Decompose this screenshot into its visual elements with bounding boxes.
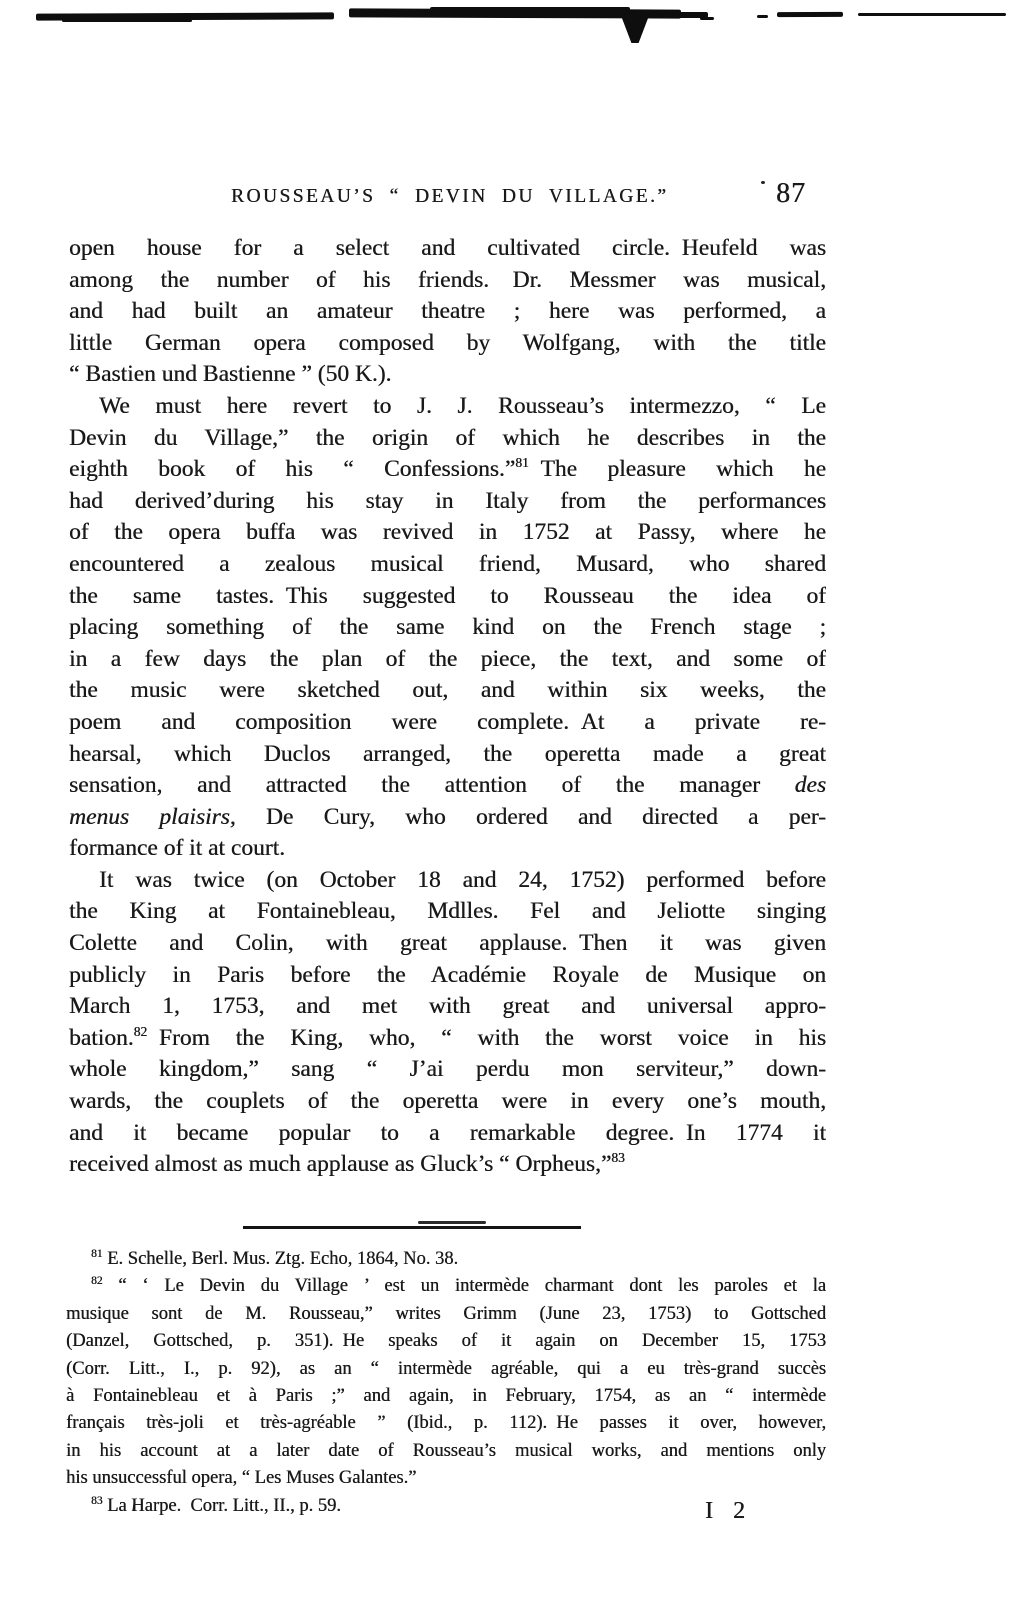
text-line: the King at Fontainebleau, Mdlles. Fel a… xyxy=(69,896,826,928)
text-line: It was twice (on October 18 and 24, 1752… xyxy=(69,865,826,897)
text-segment: eighth book of his “ Confessions.” xyxy=(69,456,515,482)
text-segment: De Cury, who ordered and directed a per- xyxy=(236,804,826,830)
text-line: eighth book of his “ Confessions.”81 The… xyxy=(69,454,826,486)
text-line: and it became popular to a remarkable de… xyxy=(69,1118,826,1150)
text-line: whole kingdom,” sang “ J’ai perdu mon se… xyxy=(69,1054,826,1086)
text-line: placing something of the same kind on th… xyxy=(69,612,826,644)
footnote-marker: 83 xyxy=(611,1150,625,1165)
footnote-marker: 81 xyxy=(515,455,529,470)
text-segment: received almost as much applause as Gluc… xyxy=(69,1151,611,1177)
footnote-line: (Corr. Litt., I., p. 92), as an “ interm… xyxy=(66,1356,826,1383)
footnote-marker: 82 xyxy=(91,1275,103,1287)
text-line: had derived’during his stay in Italy fro… xyxy=(69,486,826,518)
text-line: encountered a zealous musical friend, Mu… xyxy=(69,549,826,581)
text-line: menus plaisirs, De Cury, who ordered and… xyxy=(69,802,826,834)
text-line: the same tastes. This suggested to Rouss… xyxy=(69,581,826,613)
footnote-separator-rule xyxy=(243,1226,581,1229)
running-header-title: ROUSSEAU’S “ DEVIN DU VILLAGE.” xyxy=(231,186,668,208)
italic-text: menus plaisirs, xyxy=(69,804,236,830)
text-segment: “ ‘ Le Devin du Village ’ est un intermè… xyxy=(103,1276,827,1296)
text-segment: From the King, who, “ with the worst voi… xyxy=(147,1025,826,1051)
text-segment: bation. xyxy=(69,1025,134,1051)
text-line: in a few days the plan of the piece, the… xyxy=(69,644,826,676)
text-line: Colette and Colin, with great applause. … xyxy=(69,928,826,960)
paragraph: We must here revert to J. J. Rousseau’s … xyxy=(69,391,826,865)
signature-mark: I 2 xyxy=(705,1498,746,1525)
text-line: and had built an amateur theatre ; here … xyxy=(69,296,826,328)
footnote-line: in his account at a later date of Rousse… xyxy=(66,1438,826,1465)
text-line: open house for a select and cultivated c… xyxy=(69,233,826,265)
text-line: Devin du Village,” the origin of which h… xyxy=(69,423,826,455)
scan-artifact xyxy=(620,13,650,43)
footnote-line: (Danzel, Gottsched, p. 351). He speaks o… xyxy=(66,1328,826,1355)
text-segment: La Harpe. Corr. Litt., II., p. 59. xyxy=(103,1496,341,1516)
text-line: We must here revert to J. J. Rousseau’s … xyxy=(69,391,826,423)
text-segment: The pleasure which he xyxy=(529,456,826,482)
text-line: little German opera composed by Wolfgang… xyxy=(69,328,826,360)
body-text: open house for a select and cultivated c… xyxy=(69,233,826,1181)
scan-artifact xyxy=(700,17,714,20)
text-line: wards, the couplets of the operetta were… xyxy=(69,1086,826,1118)
text-line: “ Bastien und Bastienne ” (50 K.). xyxy=(69,359,826,391)
paragraph: open house for a select and cultivated c… xyxy=(69,233,826,391)
text-line: hearsal, which Duclos arranged, the oper… xyxy=(69,739,826,771)
scan-artifact xyxy=(761,181,765,184)
footnote-marker: 82 xyxy=(134,1024,148,1039)
text-line: received almost as much applause as Gluc… xyxy=(69,1149,826,1181)
footnotes-section: 81 E. Schelle, Berl. Mus. Ztg. Echo, 186… xyxy=(66,1246,826,1520)
footnote-line: à Fontainebleau et à Paris ;” and again,… xyxy=(66,1383,826,1410)
text-line: bation.82 From the King, who, “ with the… xyxy=(69,1023,826,1055)
scan-artifact xyxy=(430,7,630,11)
page-number: 87 xyxy=(776,178,806,210)
text-line: among the number of his friends. Dr. Mes… xyxy=(69,265,826,297)
footnote-line: 82 “ ‘ Le Devin du Village ’ est un inte… xyxy=(66,1273,826,1300)
text-segment: sensation, and attracted the attention o… xyxy=(69,772,795,798)
text-line: publicly in Paris before the Académie Ro… xyxy=(69,960,826,992)
text-segment: E. Schelle, Berl. Mus. Ztg. Echo, 1864, … xyxy=(103,1249,459,1269)
scan-artifact xyxy=(418,1221,486,1224)
text-line: sensation, and attracted the attention o… xyxy=(69,770,826,802)
footnote-line: musique sont de M. Rousseau,” writes Gri… xyxy=(66,1301,826,1328)
footnote-line: français très-joli et très-agréable ” (I… xyxy=(66,1410,826,1437)
book-page-scan: ROUSSEAU’S “ DEVIN DU VILLAGE.” 87 open … xyxy=(0,0,1036,1600)
paragraph: It was twice (on October 18 and 24, 1752… xyxy=(69,865,826,1181)
footnote-line: 81 E. Schelle, Berl. Mus. Ztg. Echo, 186… xyxy=(66,1246,826,1273)
footnote-marker: 81 xyxy=(91,1248,103,1260)
scan-artifact xyxy=(858,13,1006,16)
text-line: of the opera buffa was revived in 1752 a… xyxy=(69,517,826,549)
scan-artifact xyxy=(62,19,192,22)
scan-artifact xyxy=(757,15,768,18)
text-line: the music were sketched out, and within … xyxy=(69,675,826,707)
text-line: poem and composition were complete. At a… xyxy=(69,707,826,739)
text-line: March 1, 1753, and met with great and un… xyxy=(69,991,826,1023)
scan-artifact xyxy=(777,12,843,17)
footnote-line: his unsuccessful opera, “ Les Muses Gala… xyxy=(66,1465,826,1492)
text-line: formance of it at court. xyxy=(69,833,826,865)
italic-text: des xyxy=(795,772,826,798)
footnote-marker: 83 xyxy=(91,1495,103,1507)
